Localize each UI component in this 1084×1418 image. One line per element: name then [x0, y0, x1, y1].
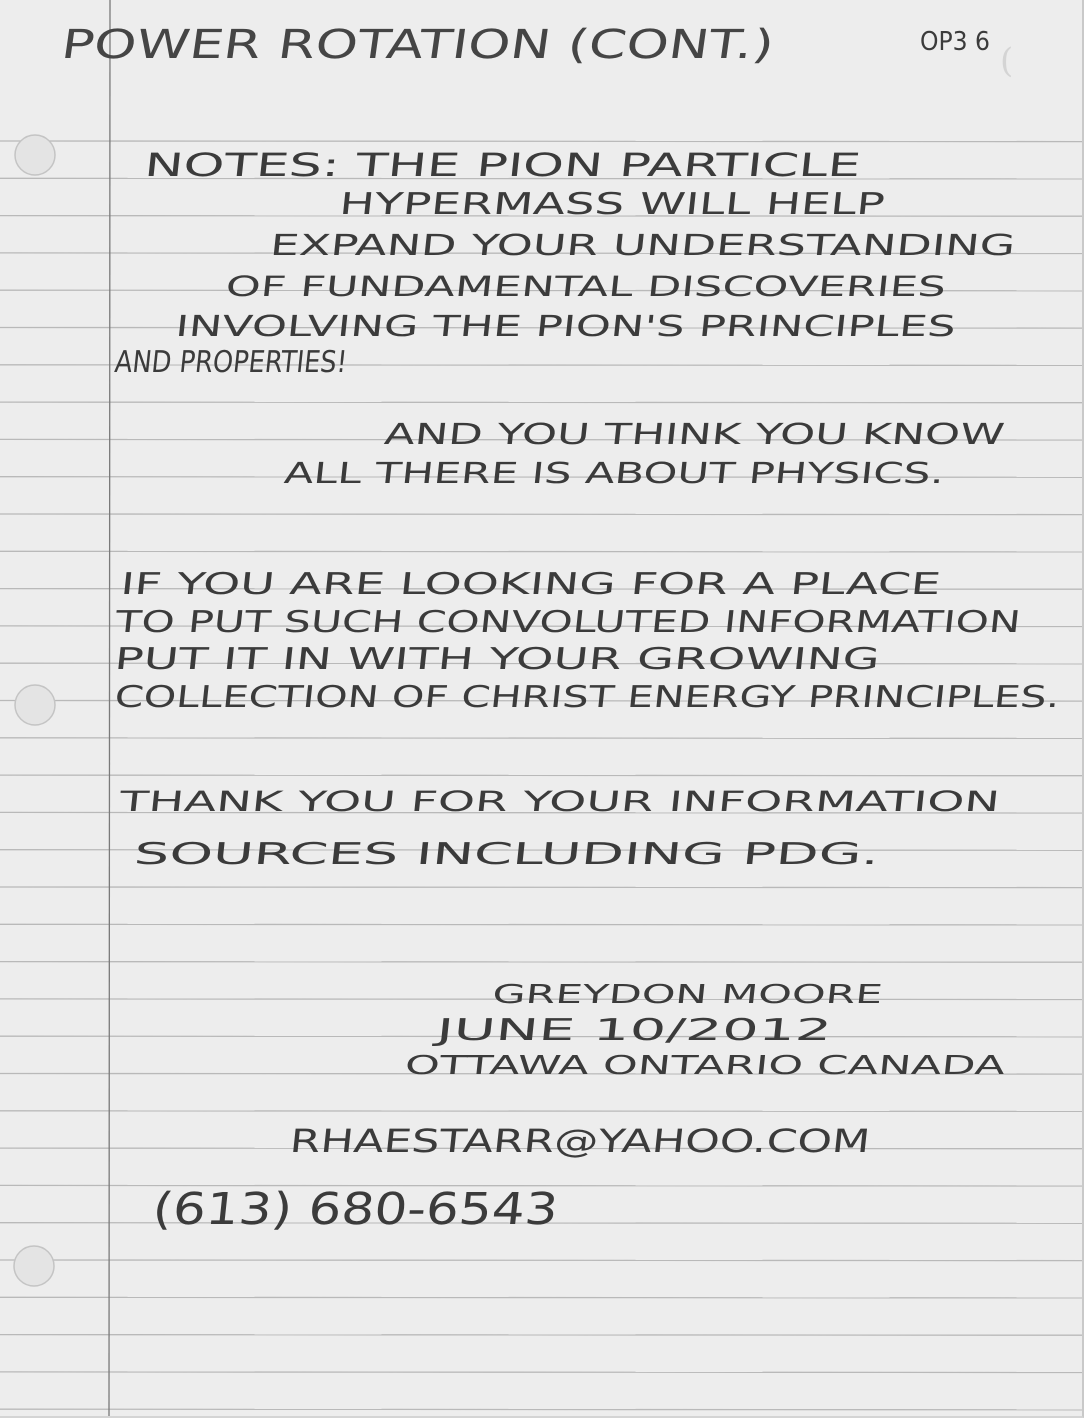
suggestion-paragraph: IF YOU ARE LOOKING FOR A PLACE TO PUT SU…	[104, 567, 1073, 715]
thanks-line-1: THANK YOU FOR YOUR INFORMATION	[116, 785, 1001, 818]
ruled-line	[0, 1372, 1082, 1373]
suggestion-line-4: COLLECTION OF CHRIST ENERGY PRINCIPLES.	[113, 680, 1062, 715]
punch-hole-top	[15, 135, 55, 175]
ruled-line	[0, 1260, 1082, 1261]
ruled-line	[0, 514, 1082, 515]
margin-line	[109, 0, 110, 1416]
notes-line-4: OF FUNDAMENTAL DISCOVERIES	[224, 270, 947, 303]
remark-line-2: ALL THERE IS ABOUT PHYSICS.	[283, 456, 947, 490]
ruled-line	[0, 775, 1082, 776]
suggestion-line-1: IF YOU ARE LOOKING FOR A PLACE	[119, 567, 943, 602]
ruled-line	[0, 962, 1082, 963]
ruled-line	[0, 1111, 1082, 1112]
ruled-line	[0, 1297, 1082, 1298]
notes-line-2: HYPERMASS WILL HELP	[338, 187, 887, 222]
header: POWER ROTATION (CONT.) OP3 6	[58, 22, 990, 68]
notes-line-5: INVOLVING THE PION'S PRINCIPLES	[174, 309, 958, 343]
signature-location: OTTAWA ONTARIO CANADA	[403, 1051, 1006, 1081]
remark-paragraph: AND YOU THINK YOU KNOW ALL THERE IS ABOU…	[283, 417, 1007, 490]
signature-name: GREYDON MOORE	[491, 980, 884, 1010]
remark-line-1: AND YOU THINK YOU KNOW	[383, 417, 1007, 451]
signature-block: GREYDON MOORE JUNE 10/2012 OTTAWA ONTARI…	[403, 980, 1014, 1081]
ruled-line	[0, 924, 1082, 925]
ruled-line	[0, 887, 1082, 888]
ruled-line	[0, 1335, 1082, 1336]
notes-line-1: NOTES: THE PION PARTICLE	[143, 146, 863, 184]
notes-line-6: AND PROPERTIES!	[113, 345, 349, 380]
contact-email: RHAESTARR@YAHOO.COM	[288, 1122, 872, 1160]
ruled-line	[0, 402, 1082, 403]
page-title: POWER ROTATION (CONT.)	[58, 22, 776, 68]
ruled-line	[0, 551, 1082, 552]
page-number-mark: OP3 6	[920, 27, 990, 57]
ruled-line	[0, 1409, 1082, 1410]
ruled-paper: ( POWER ROTATION (CONT.) OP3 6 NOTES: TH…	[0, 0, 1084, 1418]
punch-holes	[14, 135, 55, 1286]
thanks-paragraph: THANK YOU FOR YOUR INFORMATION SOURCES I…	[111, 785, 1002, 872]
ruled-line	[0, 738, 1082, 739]
thanks-line-2: SOURCES INCLUDING PDG.	[132, 837, 881, 872]
suggestion-line-3: PUT IT IN WITH YOUR GROWING	[113, 642, 882, 677]
punch-hole-middle	[15, 685, 55, 725]
signature-date: JUNE 10/2012	[431, 1013, 833, 1048]
contact-block: RHAESTARR@YAHOO.COM (613) 680-6543	[150, 1122, 872, 1235]
punch-hole-bottom	[14, 1246, 54, 1286]
ruled-line	[0, 141, 1082, 142]
contact-phone: (613) 680-6543	[150, 1184, 560, 1235]
show-through-mark: (	[1000, 41, 1013, 81]
suggestion-line-2: TO PUT SUCH CONVOLUTED INFORMATION	[112, 605, 1022, 640]
notes-line-3: EXPAND YOUR UNDERSTANDING	[268, 228, 1017, 262]
notebook-page: ( POWER ROTATION (CONT.) OP3 6 NOTES: TH…	[0, 0, 1084, 1418]
notes-paragraph: NOTES: THE PION PARTICLE HYPERMASS WILL …	[113, 146, 1026, 380]
